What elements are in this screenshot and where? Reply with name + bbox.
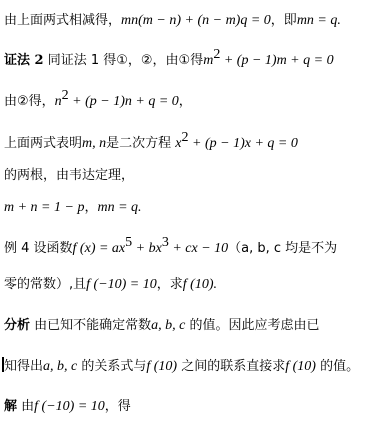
line-text: ，得 [105, 399, 131, 414]
math-expression: a, b, c [43, 359, 77, 374]
math-expression: n [55, 94, 62, 109]
text-line-5: 的两根，由韦达定理， [4, 167, 134, 185]
exponent: 2 [62, 88, 69, 103]
line-text: 的值。 [316, 359, 359, 374]
line-text: 之间的联系直接求 [177, 359, 285, 374]
line-text: 由上面两式相减得， [4, 13, 121, 28]
line-text: 知得出 [4, 359, 43, 374]
text-line-7: 例 4 设函数f (x) = ax5 + bx3 + cx − 10（a, b,… [4, 240, 337, 258]
math-expression: a, b, c [151, 318, 185, 333]
text-line-2: 证法 2 同证法 1 得①，②，由①得m2 + (p − 1)m + q = 0 [4, 52, 334, 70]
line-text: 上面两式表明 [4, 136, 82, 151]
math-expression: f (x) = ax [73, 241, 126, 256]
line-text: 的两根，由韦达定理， [4, 168, 134, 183]
proof-label: 证法 2 [4, 53, 44, 68]
text-line-9: 分析 由已知不能确定常数a, b, c 的值。因此应考虑由已 [4, 317, 320, 335]
math-expression: f (10). [183, 277, 217, 292]
analysis-label: 分析 [4, 318, 30, 333]
math-expression: + (p − 1)n + q = 0 [69, 94, 179, 109]
math-expression: f (−10) = 10 [34, 399, 105, 414]
math-expression: mn = q. [97, 200, 141, 215]
math-expression: + bx [132, 241, 162, 256]
math-expression: f (10) [285, 359, 316, 374]
line-text: 同证法 1 得①，②，由①得 [44, 53, 204, 68]
text-line-1: 由上面两式相减得，mn(m − n) + (n − m)q = 0，即mn = … [4, 12, 341, 30]
line-text: 是二次方程 [106, 136, 171, 151]
line-text: 零的常数）,且 [4, 277, 86, 292]
line-text: 由②得， [4, 94, 55, 109]
exponent: 2 [182, 130, 189, 145]
math-expression: + (p − 1)x + q = 0 [189, 136, 298, 151]
text-line-4: 上面两式表明m, n是二次方程 x2 + (p − 1)x + q = 0 [4, 135, 298, 153]
line-text: （a, b, c 均是不为 [228, 241, 337, 256]
math-expression: f (−10) = 10 [86, 277, 157, 292]
math-expression: f (10) [146, 359, 177, 374]
text-line-8: 零的常数）,且f (−10) = 10，求f (10). [4, 276, 217, 294]
text-line-10[interactable]: 知得出a, b, c 的关系式与f (10) 之间的联系直接求f (10) 的值… [4, 357, 359, 376]
math-expression: + (p − 1)m + q = 0 [220, 53, 333, 68]
line-text: ，求 [157, 277, 183, 292]
math-expression: mn(m − n) + (n − m)q = 0 [121, 13, 271, 28]
text-line-11: 解 由f (−10) = 10，得 [4, 398, 131, 416]
line-text: 例 4 设函数 [4, 241, 73, 256]
math-expression: + cx − 10 [169, 241, 228, 256]
math-expression: m [203, 53, 213, 68]
line-text: ， [179, 94, 192, 109]
text-line-3: 由②得，n2 + (p − 1)n + q = 0， [4, 93, 192, 111]
line-text: ，即 [271, 13, 297, 28]
math-expression: m + n = 1 − p [4, 200, 84, 215]
line-text: 的值。因此应考虑由已 [185, 318, 319, 333]
math-expression: mn = q. [297, 13, 341, 28]
math-expression: m, n [82, 136, 106, 151]
line-text: 的关系式与 [77, 359, 146, 374]
exponent: 3 [162, 235, 169, 250]
line-text: ， [84, 200, 97, 215]
text-line-6: m + n = 1 − p，mn = q. [4, 199, 142, 217]
solution-label: 解 [4, 399, 17, 414]
line-text: 由已知不能确定常数 [30, 318, 151, 333]
line-text: 由 [17, 399, 34, 414]
